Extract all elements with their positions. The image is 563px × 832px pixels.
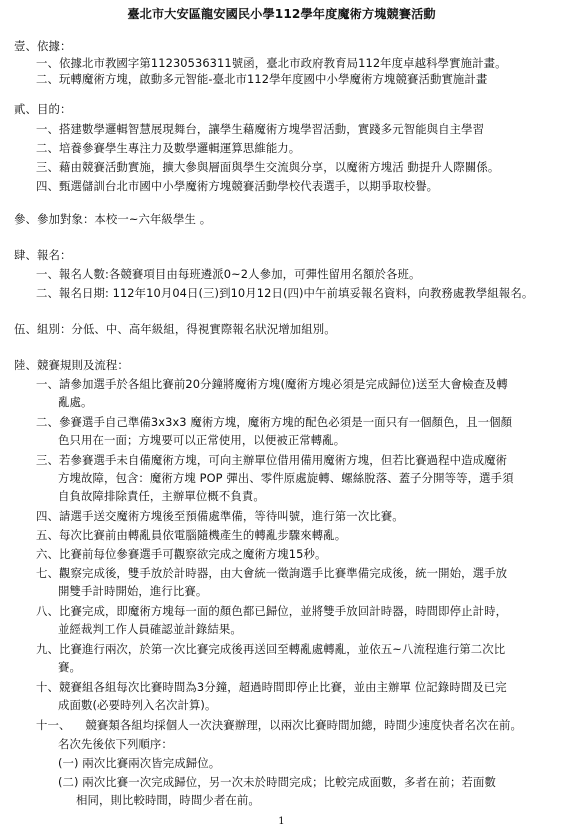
page-number: 1 [0, 816, 563, 827]
rule-7-line-1: 七、觀察完成後，雙手放於計時器，由大會統一徵詢選手比賽準備完成後，統一開始，選手… [36, 565, 507, 581]
rule-4-line-1: 四、請選手送交魔術方塊後至預備處準備，等待叫號，進行第一次比賽。 [36, 508, 404, 524]
section-heading-registration: 肆、報名： [14, 247, 71, 263]
document-title: 臺北市大安區龍安國民小學112學年度魔術方塊競賽活動 [0, 5, 563, 22]
section-heading-groups: 伍、組別：分低、中、高年級組，得視實際報名狀況增加組別。 [14, 321, 336, 337]
rule-8-line-2: 並經裁判工作人員確認並計錄結果。 [58, 621, 242, 637]
rule-11-line-2: 名次先後依下列順序： [58, 736, 173, 752]
rule-10-line-1: 十、競賽組各組每次比賽時間為3分鐘，超過時間即停止比賽，並由主辦單 位記錄時間及… [36, 679, 507, 695]
ranking-rule-2-line-1: (二) 兩次比賽一次完成歸位，另一次未於時間完成；比較完成面數，多者在前；若面數 [58, 774, 496, 790]
rule-3-line-3: 自負故障排除責任，主辦單位概不負責。 [58, 488, 265, 504]
rule-5-line-1: 五、每次比賽前由轉亂員依電腦隨機產生的轉亂步驟來轉亂。 [36, 527, 346, 543]
basis-item-2: 二、玩轉魔術方塊，啟動多元智能-臺北市112學年度國中小學魔術方塊競賽活動實施計… [36, 71, 487, 87]
ranking-rule-1: (一) 兩次比賽兩次皆完成歸位。 [58, 755, 220, 771]
section-heading-purpose: 貳、目的： [14, 101, 71, 117]
rule-2-line-2: 色只用在一面；方塊要可以正常使用，以便被正常轉亂。 [58, 432, 345, 448]
rule-1-line-2: 亂處。 [58, 394, 92, 410]
section-heading-participants: 參、參加對象：本校一~六年級學生 。 [14, 211, 211, 227]
rule-7-line-2: 開雙手計時開始，進行比賽。 [58, 583, 207, 599]
rule-9-line-2: 賽。 [58, 659, 81, 675]
rule-1-line-1: 一、請參加選手於各組比賽前20分鐘將魔術方塊(魔術方塊必須是完成歸位)送至大會檢… [36, 376, 508, 392]
registration-item-2: 二、報名日期: 112年10月04日(三)到10月12日(四)中午前填妥報名資料… [36, 285, 533, 301]
basis-item-1: 一、依據北市教國字第11230536311號函，臺北市政府教育局112年度卓越科… [36, 55, 507, 71]
purpose-item-2: 二、培養參賽學生專注力及數學邏輯運算思維能力。 [36, 140, 300, 156]
rule-3-line-1: 三、若參賽選手未自備魔術方塊，可向主辦單位借用備用魔術方塊，但若比賽過程中造成魔… [36, 452, 507, 468]
rule-9-line-1: 九、比賽進行兩次，於第一次比賽完成後再送回至轉亂處轉亂，並依五~八流程進行第二次… [36, 641, 505, 657]
rule-10-line-2: 成面數(必要時列入名次計算)。 [58, 697, 216, 713]
purpose-item-4: 四、甄選儲訓台北市國中小學魔術方塊競賽活動學校代表選手，以期爭取校譽。 [36, 178, 438, 194]
section-heading-rules: 陸、競賽規則及流程： [14, 357, 129, 373]
rule-3-line-2: 方塊故障，包含：魔術方塊 POP 彈出、零件原處旋轉、螺絲脫落、蓋子分開等等，選… [58, 470, 514, 486]
purpose-item-1: 一、搭建數學邏輯智慧展現舞台，讓學生藉魔術方塊學習活動，實踐多元智能與自主學習 [36, 121, 484, 137]
ranking-rule-2-line-2: 相同，則比較時間，時間少者在前。 [76, 792, 260, 808]
document-page: 臺北市大安區龍安國民小學112學年度魔術方塊競賽活動 壹、依據： 一、依據北市教… [0, 0, 563, 832]
section-heading-basis: 壹、依據： [14, 38, 71, 54]
rule-2-line-1: 二、參賽選手自己準備3x3x3 魔術方塊，魔術方塊的配色必須是一面只有一個顏色，… [36, 414, 512, 430]
purpose-item-3: 三、藉由競賽活動實施，擴大參與層面與學生交流與分享，以魔術方塊活 動提升人際關係… [36, 159, 499, 175]
rule-11-line-1: 十一、 競賽類各組均採個人一次決賽辦理，以兩次比賽時間加總，時間少速度快者名次在… [36, 717, 522, 733]
registration-item-1: 一、報名人數:各競賽項目由每班遴派0~2人參加，可彈性留用名額於各班。 [36, 266, 421, 282]
rule-6-line-1: 六、比賽前每位參賽選手可觀察欲完成之魔術方塊15秒。 [36, 546, 326, 562]
rule-8-line-1: 八、比賽完成，即魔術方塊每一面的顏色都已歸位，並將雙手放回計時器，時間即停止計時… [36, 603, 507, 619]
